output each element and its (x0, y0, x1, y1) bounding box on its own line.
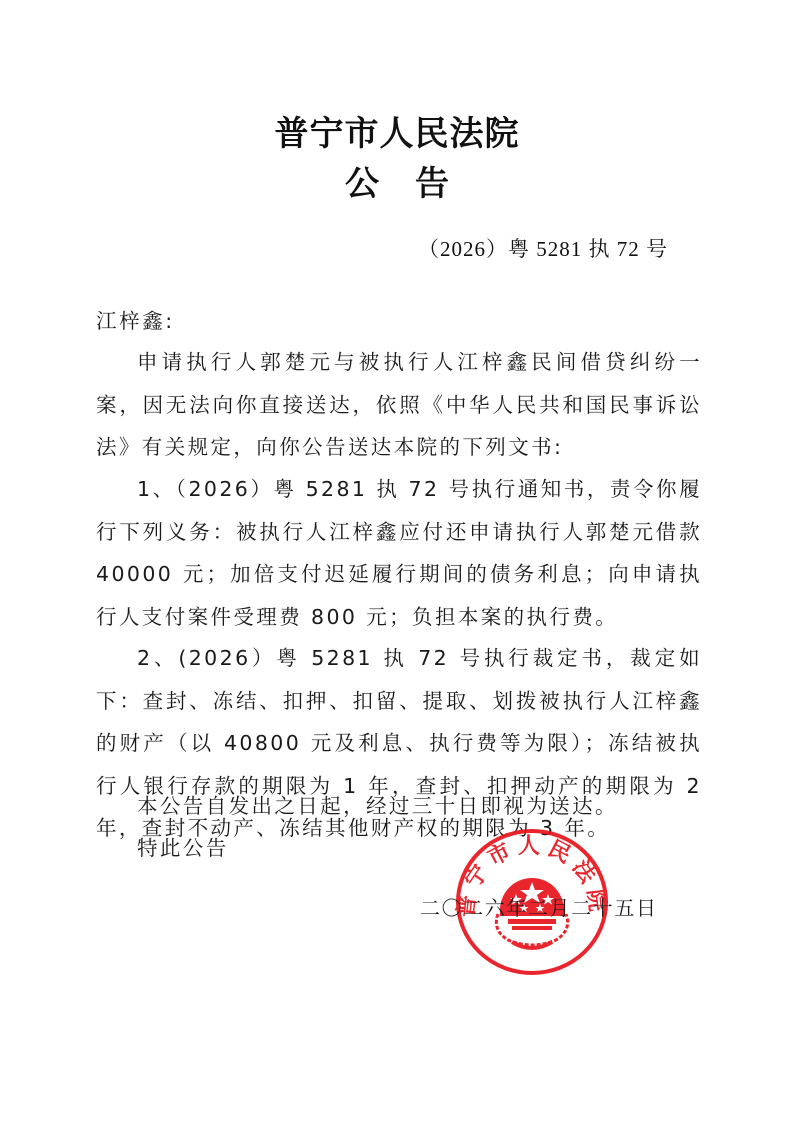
addressee: 江梓鑫: (96, 300, 702, 342)
issue-date: 二〇二六年二月二十五日 (420, 893, 658, 923)
paragraph-intro: 申请执行人郭楚元与被执行人江梓鑫民间借贷纠纷一案，因无法向你直接送达，依照《中华… (96, 341, 702, 469)
notice-title: 公告 (0, 162, 794, 206)
paragraph-item-1: 1、（2026）粤 5281 执 72 号执行通知书，责令你履行下列义务：被执行… (96, 468, 702, 638)
court-name-heading: 普宁市人民法院 (0, 112, 794, 156)
document-page: 普宁市人民法院 公告 （2026）粤 5281 执 72 号 江梓鑫: 申请执行… (0, 0, 794, 1122)
paragraph-service-note: 本公告自发出之日起，经过三十日即视为送达。 (96, 785, 702, 828)
case-number: （2026）粤 5281 执 72 号 (418, 234, 668, 264)
